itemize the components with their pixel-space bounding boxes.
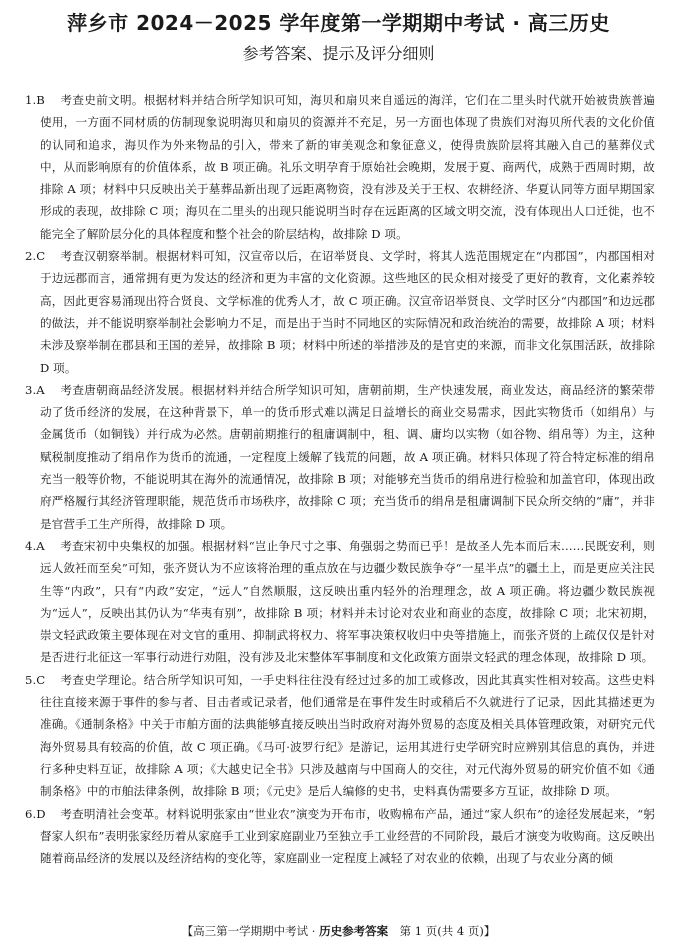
item-number: 6. bbox=[25, 807, 36, 821]
footer-open-bracket: 【 bbox=[182, 924, 194, 938]
item-number: 2. bbox=[25, 249, 36, 263]
answer-item-6: 6.D考查明清社会变革。材料说明张家由“世业农”演变为开布市，收购棉布产品，通过… bbox=[25, 803, 655, 870]
item-explanation: 考查宋初中央集权的加强。根据材料“岂止争尺寸之事、角强弱之势而已乎！是故圣人先本… bbox=[40, 539, 655, 664]
item-explanation: 考查史前文明。根据材料并结合所学知识可知，海贝和扇贝来自遥远的海洋，它们在二里头… bbox=[40, 93, 655, 241]
item-number: 3. bbox=[25, 383, 36, 397]
item-explanation: 考查唐朝商品经济发展。根据材料并结合所学知识可知，唐朝前期，生产快速发展，商业发… bbox=[40, 383, 655, 531]
item-explanation: 考查明清社会变革。材料说明张家由“世业农”演变为开布市，收购棉布产品，通过“家人… bbox=[40, 807, 655, 866]
answer-item-5: 5.C考查史学理论。结合所学知识可知，一手史料往往没有经过过多的加工或修改，因此… bbox=[25, 669, 655, 803]
answer-item-4: 4.A考查宋初中央集权的加强。根据材料“岂止争尺寸之事、角强弱之势而已乎！是故圣… bbox=[25, 535, 655, 669]
answer-list: 1.B考查史前文明。根据材料并结合所学知识可知，海贝和扇贝来自遥远的海洋，它们在… bbox=[25, 89, 655, 869]
document-title: 萍乡市 2024－2025 学年度第一学期期中考试 · 高三历史 bbox=[0, 10, 677, 36]
item-answer: A bbox=[36, 535, 60, 557]
footer-exam-name: 高三第一学期期中考试 · bbox=[193, 924, 319, 938]
item-explanation: 考查汉朝察举制。根据材料可知，汉宣帝以后，在诏举贤良、文学时，将其人选范围规定在… bbox=[40, 249, 655, 374]
item-answer: A bbox=[36, 379, 60, 401]
item-number: 5. bbox=[25, 673, 36, 687]
footer-doc-type: 历史参考答案 bbox=[319, 924, 388, 938]
item-answer: C bbox=[36, 669, 60, 691]
item-answer: C bbox=[36, 245, 60, 267]
footer-close-bracket: 】 bbox=[484, 924, 496, 938]
item-number: 4. bbox=[25, 539, 36, 553]
item-number: 1. bbox=[25, 93, 36, 107]
item-answer: B bbox=[36, 89, 60, 111]
answer-item-3: 3.A考查唐朝商品经济发展。根据材料并结合所学知识可知，唐朝前期，生产快速发展，… bbox=[25, 379, 655, 535]
item-explanation: 考查史学理论。结合所学知识可知，一手史料往往没有经过过多的加工或修改，因此其真实… bbox=[40, 673, 655, 798]
page-footer: 【高三第一学期期中考试 · 历史参考答案 第 1 页(共 4 页)】 bbox=[0, 923, 677, 939]
answer-item-2: 2.C考查汉朝察举制。根据材料可知，汉宣帝以后，在诏举贤良、文学时，将其人选范围… bbox=[25, 245, 655, 379]
document-subtitle: 参考答案、提示及评分细则 bbox=[0, 44, 677, 64]
answer-item-1: 1.B考查史前文明。根据材料并结合所学知识可知，海贝和扇贝来自遥远的海洋，它们在… bbox=[25, 89, 655, 245]
item-answer: D bbox=[36, 803, 60, 825]
footer-page-number: 第 1 页(共 4 页) bbox=[388, 924, 484, 938]
